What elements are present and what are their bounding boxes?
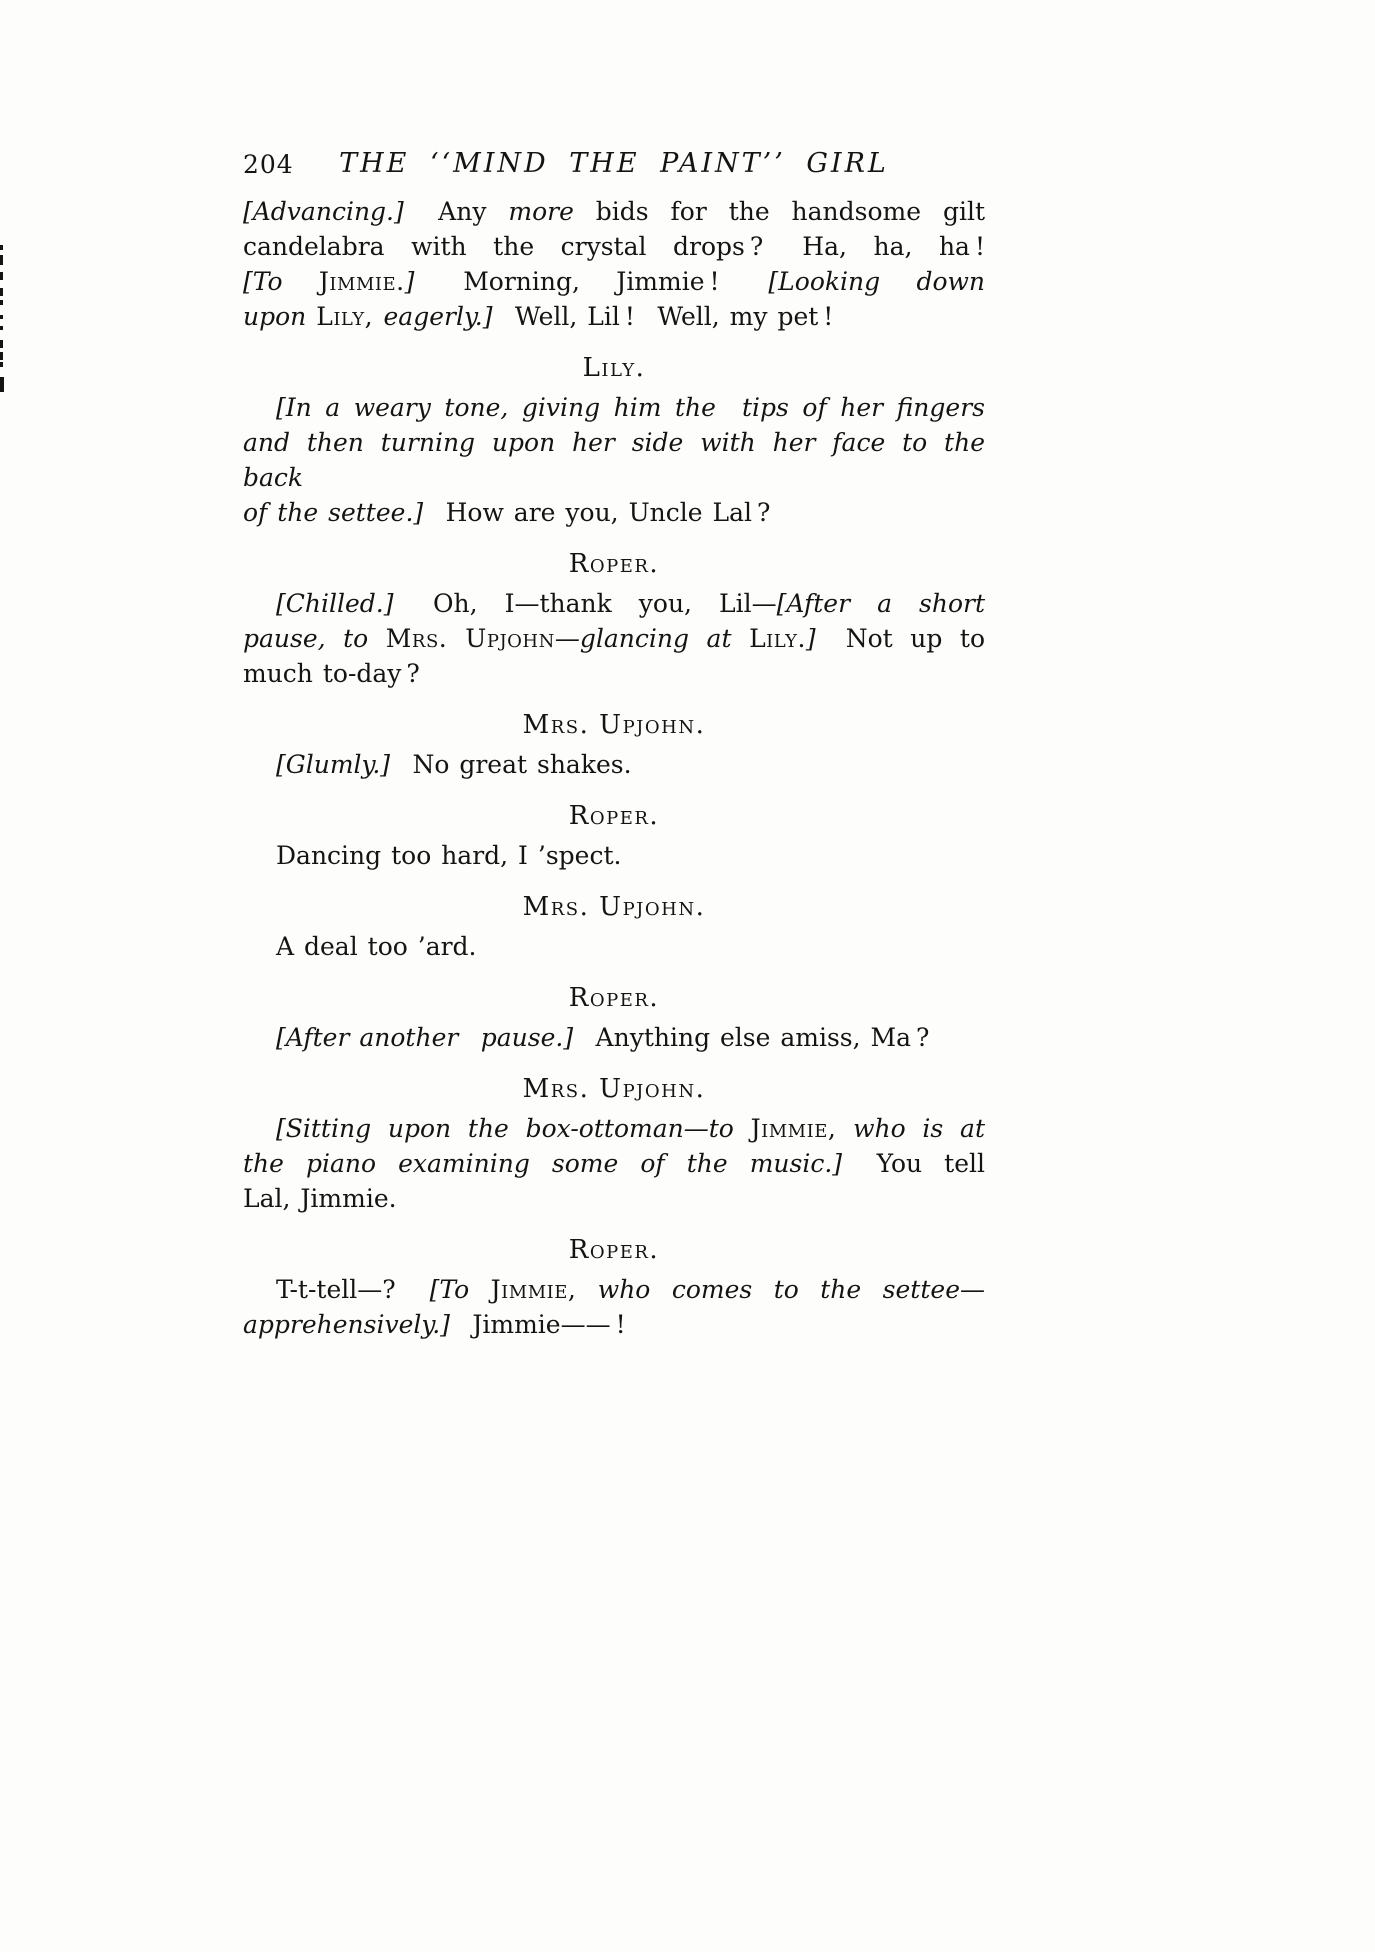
dialogue-segment: T-t-tell—? <box>276 1275 430 1304</box>
dialogue-segment: Morning, Jimmie ! <box>451 267 769 296</box>
dialogue-segment: Lal, Jimmie. <box>243 1184 397 1213</box>
text-line: [To Jimmie.] Morning, Jimmie ! [Looking … <box>243 264 985 299</box>
text-line: Lal, Jimmie. <box>243 1181 985 1216</box>
stage-direction-segment: [To <box>243 267 319 296</box>
text-line: [Advancing.] Any more bids for the hands… <box>243 194 985 229</box>
text-line: pause, to Mrs. Upjohn—glancing at Lily.]… <box>243 621 985 656</box>
text-line: A deal too ’ard. <box>243 929 985 964</box>
text-line: of the settee.] How are you, Uncle Lal ? <box>243 495 985 530</box>
stage-direction-segment: apprehensively.] <box>243 1310 450 1339</box>
speaker-heading: Mrs. Upjohn. <box>243 1072 985 1107</box>
stage-direction-segment: pause, to <box>243 624 386 653</box>
stage-direction-segment: and then turning upon her side with her … <box>243 428 985 492</box>
stage-direction-segment: who is at <box>836 1114 985 1143</box>
speech-paragraph: T-t-tell—? [To Jimmie, who comes to the … <box>243 1272 985 1342</box>
character-name-segment: Jimmie. <box>319 267 405 296</box>
speaker-heading: Roper. <box>243 547 985 582</box>
dialogue-segment: candelabra with the crystal drops ? Ha, … <box>243 232 985 261</box>
text-line: [In a weary tone, giving him the tips of… <box>243 390 985 425</box>
stage-direction-segment: [To <box>430 1275 491 1304</box>
book-page: 204 THE ‘‘MIND THE PAINT’’ GIRL [Advanci… <box>0 0 1375 1952</box>
text-line: [Glumly.] No great shakes. <box>243 747 985 782</box>
dialogue-segment: Well, Lil ! Well, my pet ! <box>492 302 833 331</box>
speech-paragraph: [Sitting upon the box-ottoman—to Jimmie,… <box>243 1111 985 1216</box>
stage-direction-segment: [In a weary tone, giving him the tips of… <box>276 393 985 422</box>
speaker-heading: Mrs. Upjohn. <box>243 708 985 743</box>
speech-paragraph: [After another pause.] Anything else ami… <box>243 1020 985 1055</box>
speech-paragraph: [Chilled.] Oh, I—thank you, Lil—[After a… <box>243 586 985 691</box>
character-name-segment: Jimmie, <box>491 1275 577 1304</box>
page-header: 204 THE ‘‘MIND THE PAINT’’ GIRL <box>243 148 985 184</box>
text-line: apprehensively.] Jimmie—— ! <box>243 1307 985 1342</box>
dialogue-segment: How are you, Uncle Lal ? <box>423 498 770 527</box>
running-title: THE ‘‘MIND THE PAINT’’ GIRL <box>243 148 985 179</box>
dialogue-segment: No great shakes. <box>390 750 632 779</box>
text-line: the piano examining some of the music.] … <box>243 1146 985 1181</box>
stage-direction-segment: [Sitting upon the box-ottoman—to <box>276 1114 751 1143</box>
stage-direction-segment: [After another pause.] <box>276 1023 573 1052</box>
dialogue-segment: You tell <box>842 1149 985 1178</box>
speech-paragraph: [Glumly.] No great shakes. <box>243 747 985 782</box>
character-name-segment: Lily, <box>316 302 383 331</box>
stage-direction-segment: [Advancing.] <box>243 197 404 226</box>
stage-direction-segment: ] <box>806 624 816 653</box>
stage-direction-segment: who comes to the settee— <box>576 1275 985 1304</box>
stage-direction-segment: [Glumly.] <box>276 750 390 779</box>
text-line: and then turning upon her side with her … <box>243 425 985 495</box>
stage-direction-segment: ] <box>405 267 451 296</box>
speaker-heading: Mrs. Upjohn. <box>243 890 985 925</box>
dialogue-segment: Not up to <box>816 624 985 653</box>
character-name-segment: Mrs. Upjohn <box>386 624 555 653</box>
stage-direction-segment: upon <box>243 302 316 331</box>
speaker-heading: Lily. <box>243 351 985 386</box>
character-name-segment: Lily. <box>749 624 806 653</box>
stage-direction-segment: [Chilled.] <box>276 589 393 618</box>
stage-direction-segment: [Looking down <box>768 267 985 296</box>
stage-direction-segment: —glancing at <box>555 624 749 653</box>
text-column: 204 THE ‘‘MIND THE PAINT’’ GIRL [Advanci… <box>243 148 985 1342</box>
text-line: [Sitting upon the box-ottoman—to Jimmie,… <box>243 1111 985 1146</box>
speech-paragraph: A deal too ’ard. <box>243 929 985 964</box>
dialogue-segment: A deal too ’ard. <box>276 932 477 961</box>
dialogue-segment: Dancing too hard, I ’spect. <box>276 841 621 870</box>
text-line: much to-day ? <box>243 656 985 691</box>
dialogue-segment: Anything else amiss, Ma ? <box>573 1023 929 1052</box>
text-line: [Chilled.] Oh, I—thank you, Lil—[After a… <box>243 586 985 621</box>
dialogue-emphasis-segment: more <box>508 197 574 226</box>
speech-paragraph: Dancing too hard, I ’spect. <box>243 838 985 873</box>
speech-paragraph: [In a weary tone, giving him the tips of… <box>243 390 985 530</box>
character-name-segment: Jimmie, <box>751 1114 837 1143</box>
dialogue-segment: Oh, I—thank you, Lil— <box>393 589 776 618</box>
stage-direction-segment: the piano examining some of the music.] <box>243 1149 842 1178</box>
speaker-heading: Roper. <box>243 1233 985 1268</box>
speaker-heading: Roper. <box>243 799 985 834</box>
speech-paragraph: [Advancing.] Any more bids for the hands… <box>243 194 985 334</box>
text-line: [After another pause.] Anything else ami… <box>243 1020 985 1055</box>
dialogue-segment: much to-day ? <box>243 659 420 688</box>
text-line: candelabra with the crystal drops ? Ha, … <box>243 229 985 264</box>
text-line: T-t-tell—? [To Jimmie, who comes to the … <box>243 1272 985 1307</box>
page-number: 204 <box>243 150 294 179</box>
stage-direction-segment: of the settee.] <box>243 498 423 527</box>
text-line: upon Lily, eagerly.] Well, Lil ! Well, m… <box>243 299 985 334</box>
dialogue-segment: Any <box>404 197 509 226</box>
dialogue-segment: bids for the handsome gilt <box>574 197 985 226</box>
dialogue-segment: Jimmie—— ! <box>450 1310 626 1339</box>
speaker-heading: Roper. <box>243 981 985 1016</box>
text-line: Dancing too hard, I ’spect. <box>243 838 985 873</box>
stage-direction-segment: eagerly.] <box>384 302 493 331</box>
stage-direction-segment: [After a short <box>777 589 985 618</box>
